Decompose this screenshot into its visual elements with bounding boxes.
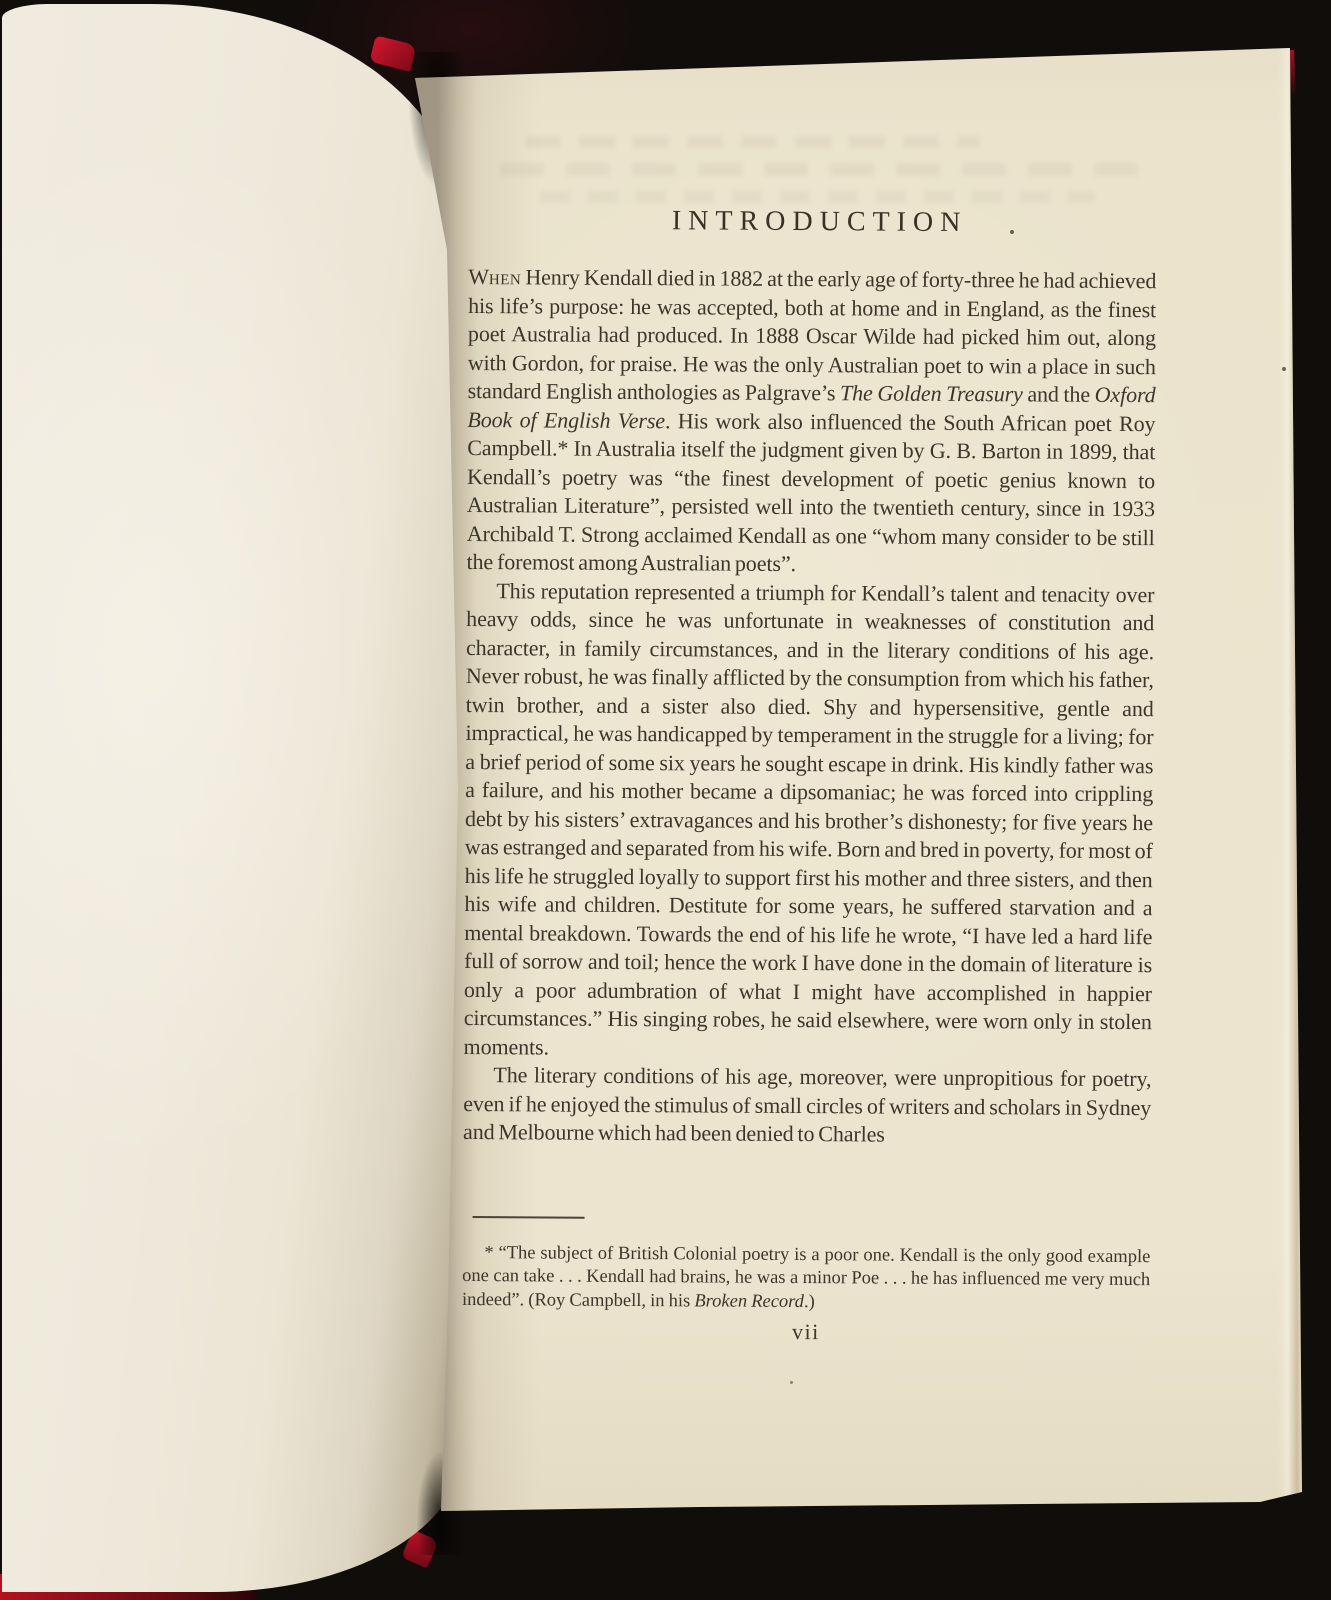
footnote-rule (473, 1216, 585, 1219)
typeset-content: INTRODUCTION WHEN Henry Kendall died in … (470, 0, 1158, 4)
page-number: vii (462, 1317, 1150, 1347)
ink-speck (790, 1381, 793, 1384)
show-through-text-line (525, 136, 980, 148)
paragraph-2: This reputation represented a triumph fo… (464, 576, 1155, 1065)
show-through-text-line (540, 191, 1095, 203)
footnote: * “The subject of British Colonial poetr… (462, 1241, 1150, 1316)
ink-speck (1282, 367, 1286, 371)
show-through-text-line (500, 163, 1140, 176)
page-title: INTRODUCTION (469, 204, 1164, 240)
paragraph-3: The literary conditions of his age, more… (463, 1061, 1152, 1151)
open-book-photo: INTRODUCTION WHEN Henry Kendall died in … (0, 0, 1331, 1600)
body-text: WHEN Henry Kendall died in 1882 at the e… (463, 263, 1156, 1151)
blank-verso-page (2, 4, 462, 1592)
paragraph-1: WHEN Henry Kendall died in 1882 at the e… (466, 263, 1156, 581)
